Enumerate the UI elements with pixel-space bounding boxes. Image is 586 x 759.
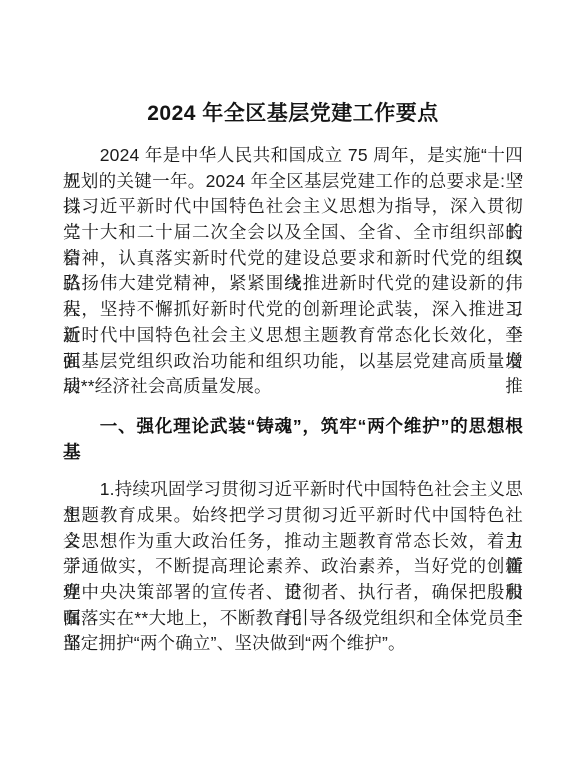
intro-paragraph-line: 程，坚持不懈抓好新时代党的创新理论武装，深入推进习近平	[63, 297, 523, 323]
intro-paragraph-line: 规划的关键一年。2024 年全区基层党建工作的总要求是:坚持	[63, 169, 523, 195]
body-paragraph-line: 义思想作为重大政治任务，推动主题教育常态长效，着力学懂	[63, 529, 523, 555]
body-paragraph-line: 面落实在**大地上，不断教育引导各级党组织和全体党员干部	[63, 606, 523, 632]
document-title: 2024 年全区基层党建工作要点	[63, 99, 523, 128]
body-paragraph-line: 1.持续巩固学习贯彻习近平新时代中国特色社会主义思想	[63, 477, 523, 503]
body-paragraph-line: 坚定拥护“两个确立”、坚决做到“两个维护”。	[63, 631, 523, 657]
intro-paragraph-line: 新时代中国特色社会主义思想主题教育常态化长效化，全面增	[63, 323, 523, 349]
intro-paragraph-line: 精神，认真落实新时代党的建设总要求和新时代党的组织路线，	[63, 246, 523, 272]
document-page: 2024 年全区基层党建工作要点 2024 年是中华人民共和国成立 75 周年，…	[0, 0, 586, 759]
intro-paragraph-line: 二十大和二十届二次全会以及全国、全省、全市组织部长会议	[63, 220, 523, 246]
body-paragraph-line: 弄通做实，不断提高理论素养、政治素养，当好党的创新理论和	[63, 554, 523, 580]
intro-paragraph-line: 以习近平新时代中国特色社会主义思想为指导，深入贯彻党的	[63, 194, 523, 220]
intro-paragraph-line: 弘扬伟大建党精神，紧紧围绕推进新时代党的建设新的伟大工	[63, 271, 523, 297]
body-paragraph-line: 主题教育成果。始终把学习贯彻习近平新时代中国特色社会主	[63, 503, 523, 529]
intro-paragraph-line: 强基层党组织政治功能和组织功能，以基层党建高质量发展推	[63, 349, 523, 375]
intro-paragraph-line: 2024 年是中华人民共和国成立 75 周年，是实施“十四五”	[63, 143, 523, 169]
section-heading-line: 一、强化理论武装“铸魂”，筑牢“两个维护”的思想根	[63, 414, 523, 440]
body-paragraph-line: 党中央决策部署的宣传者、贯彻者、执行者，确保把殷殷嘱托全	[63, 580, 523, 606]
document-content: 2024 年全区基层党建工作要点 2024 年是中华人民共和国成立 75 周年，…	[63, 99, 523, 657]
section-heading-line: 基	[63, 440, 523, 466]
